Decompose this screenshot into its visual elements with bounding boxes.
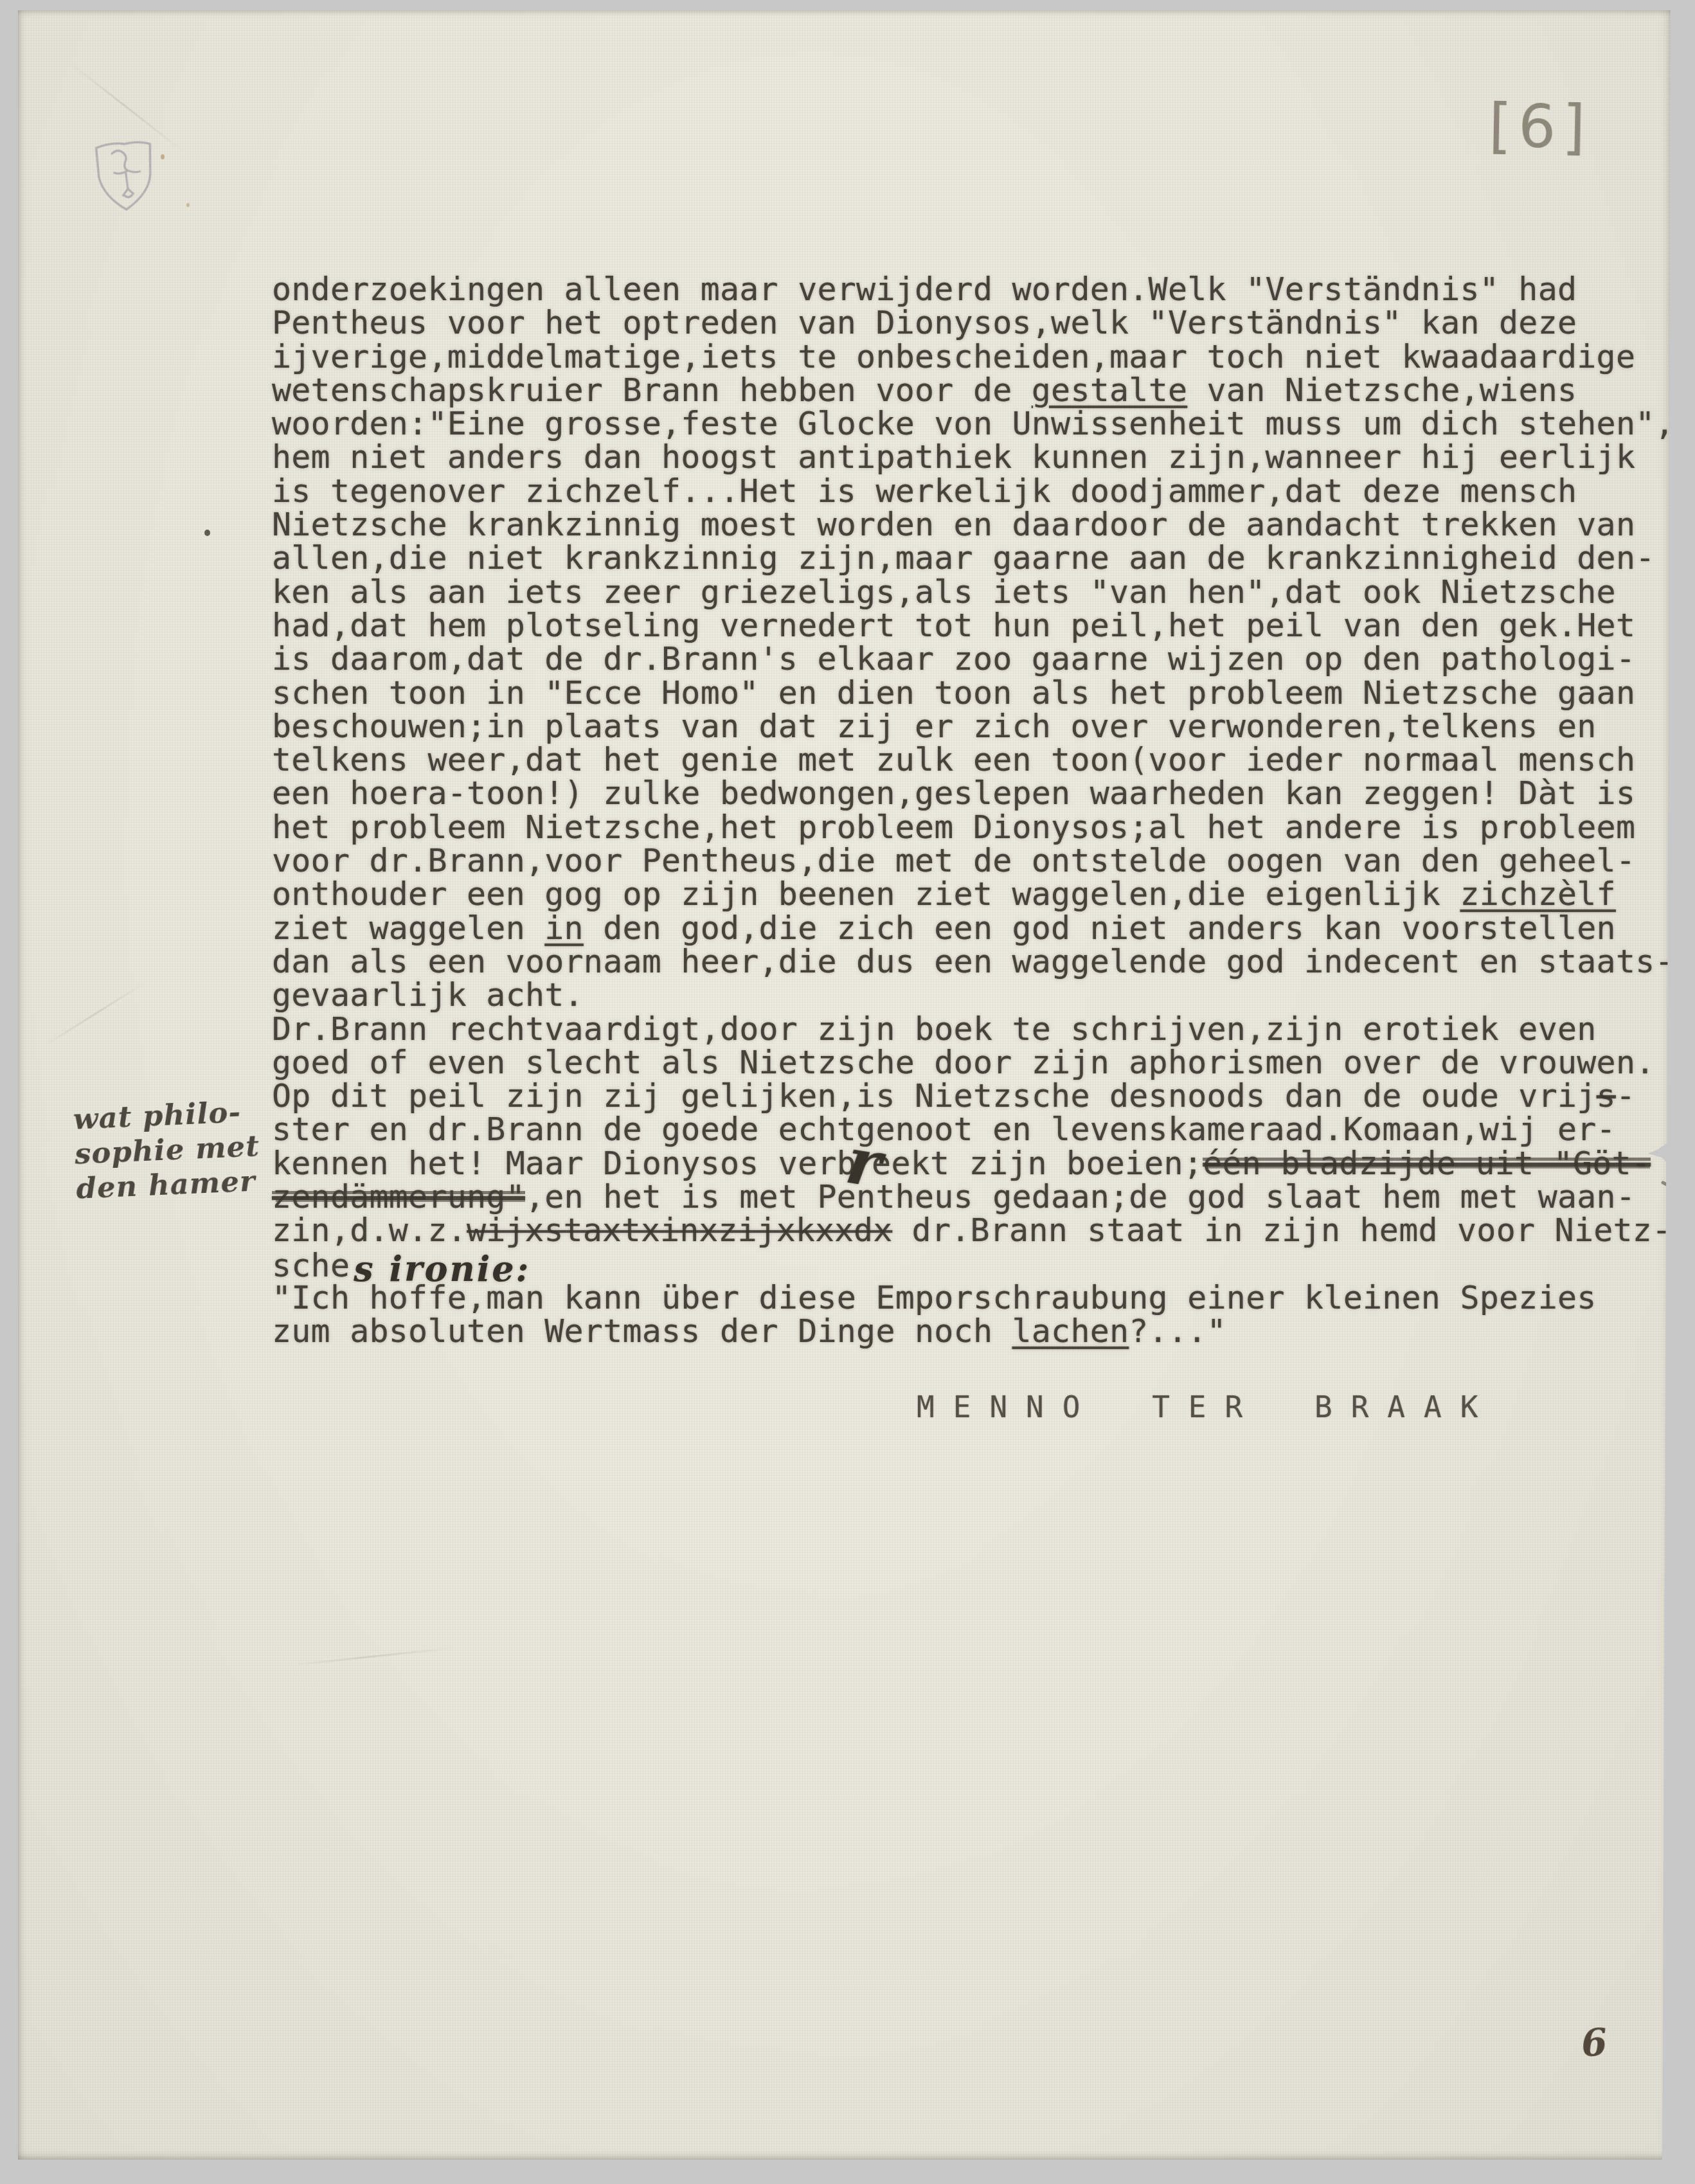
typed-line: hem niet anders dan hoogst antipathiek k… xyxy=(272,440,1674,474)
typed-line: zendämmerung",en het is met Pentheus ged… xyxy=(272,1180,1674,1213)
paper-crease xyxy=(46,983,145,1046)
struck-text: één bladzijde uit "Göt- xyxy=(1203,1145,1651,1182)
typed-text: wetenschapskruier Brann hebben voor de xyxy=(272,371,1032,409)
typed-text: onthouder een gog op zijn beenen ziet wa… xyxy=(272,875,1460,913)
typed-line: dan als een voornaam heer,die dus een wa… xyxy=(272,945,1674,978)
typed-text: woorden:"Eine grosse,feste Glocke von Un… xyxy=(272,405,1674,442)
typed-text: allen,die niet krankzinnig zijn,maar gaa… xyxy=(272,539,1655,577)
typed-line: is daarom,dat de dr.Brann's elkaar zoo g… xyxy=(272,642,1674,676)
typed-text: ziet waggelen xyxy=(272,909,544,947)
typed-line: kennen het! Maar Dionysos verbreekt zijn… xyxy=(272,1147,1674,1180)
typed-text: zichzèlf xyxy=(1460,875,1615,913)
struck-text: wijxstaxtxinxzijxkxxdx xyxy=(467,1212,892,1249)
typed-text: ,en het is met Pentheus gedaan;de god sl… xyxy=(525,1178,1635,1215)
typed-text: beschouwen;in plaats van dat zij er zich… xyxy=(272,708,1597,745)
typed-text: onderzoekingen alleen maar verwijderd wo… xyxy=(272,271,1577,308)
typed-text: Pentheus voor het optreden van Dionysos,… xyxy=(272,304,1577,341)
typed-text: Op dit peil zijn zij gelijken,is Nietzsc… xyxy=(272,1077,1597,1114)
ink-speck xyxy=(204,530,210,536)
typed-text: is tegenover zichzelf...Het is werkelijk… xyxy=(272,472,1577,510)
typed-line: zum absoluten Wertmass der Dinge noch la… xyxy=(272,1314,1674,1348)
typed-line: zin,d.w.z.wijxstaxtxinxzijxkxxdx dr.Bran… xyxy=(272,1213,1674,1247)
typed-text: eekt zijn boeien; xyxy=(872,1145,1203,1182)
typed-line: Dr.Brann rechtvaardigt,door zijn boek te… xyxy=(272,1012,1674,1046)
typed-text: den god,die zich een god niet anders kan… xyxy=(584,909,1616,947)
handwritten-insertion: s ironie: xyxy=(354,1248,530,1289)
typed-text: - xyxy=(1616,1077,1635,1114)
typed-text: ster en dr.Brann de goede echtgenoot en … xyxy=(272,1111,1616,1148)
typed-line: voor dr.Brann,voor Pentheus,die met de o… xyxy=(272,844,1674,877)
typed-line: had,dat hem plotseling vernedert tot hun… xyxy=(272,609,1674,642)
handwritten-correction: r xyxy=(847,1159,863,1162)
typed-text: een hoera-toon!) zulke bedwongen,geslepe… xyxy=(272,774,1635,812)
scanned-typescript-page: { "page": { "corner_annotation": "[6]", … xyxy=(0,0,1695,2184)
paper-crease xyxy=(289,1647,455,1666)
typed-text: van Nietzsche,wiens xyxy=(1187,371,1577,409)
page-number-bottom: 6 xyxy=(1580,2020,1609,2066)
typed-text: Dr.Brann rechtvaardigt,door zijn boek te… xyxy=(272,1010,1597,1048)
typed-text: ken als aan iets zeer griezeligs,als iet… xyxy=(272,573,1616,611)
typed-text: dr.Brann staat in zijn hemd voor Nietz- xyxy=(892,1212,1671,1249)
typed-text: zum absoluten Wertmass der Dinge noch xyxy=(272,1312,1012,1350)
typed-text: hem niet anders dan hoogst antipathiek k… xyxy=(272,438,1635,476)
typed-line: ken als aan iets zeer griezeligs,als iet… xyxy=(272,575,1674,609)
typed-line: ster en dr.Brann de goede echtgenoot en … xyxy=(272,1113,1674,1146)
typed-text: sche xyxy=(272,1247,350,1284)
typed-text: kennen het! Maar Dionysos verb xyxy=(272,1145,856,1182)
typed-text: in xyxy=(544,909,584,947)
typed-text: dan als een voornaam heer,die dus een wa… xyxy=(272,943,1674,980)
struck-text: zendämmerung" xyxy=(272,1178,525,1215)
author-signature: MENNO TER BRAAK xyxy=(917,1390,1496,1424)
typed-line: telkens weer,dat het genie met zulk een … xyxy=(272,743,1674,776)
typed-line: onderzoekingen alleen maar verwijderd wo… xyxy=(272,273,1674,306)
typed-line: onthouder een gog op zijn beenen ziet wa… xyxy=(272,877,1674,911)
typed-text: telkens weer,dat het genie met zulk een … xyxy=(272,741,1635,778)
typed-line: goed of even slecht als Nietzsche door z… xyxy=(272,1046,1674,1079)
struck-text: s xyxy=(1597,1077,1616,1114)
typed-text: ?..." xyxy=(1129,1312,1226,1350)
paper-stain xyxy=(161,154,165,159)
typed-line: Nietzsche krankzinnig moest worden en da… xyxy=(272,508,1674,541)
typed-line: Pentheus voor het optreden van Dionysos,… xyxy=(272,306,1674,339)
typed-line: is tegenover zichzelf...Het is werkelijk… xyxy=(272,474,1674,508)
typed-text: zin,d.w.z. xyxy=(272,1212,467,1249)
typed-line: sches ironie: xyxy=(272,1248,1674,1281)
typed-text: schen toon in "Ecce Homo" en dien toon a… xyxy=(272,674,1635,712)
typed-line: wetenschapskruier Brann hebben voor de g… xyxy=(272,373,1674,407)
typed-text: gevaarlijk acht. xyxy=(272,976,584,1014)
typed-line: Op dit peil zijn zij gelijken,is Nietzsc… xyxy=(272,1079,1674,1113)
typed-text: het probleem Nietzsche,het probleem Dion… xyxy=(272,809,1635,846)
typed-text: ijverige,middelmatige,iets te onbescheid… xyxy=(272,338,1635,375)
typed-line: schen toon in "Ecce Homo" en dien toon a… xyxy=(272,676,1674,710)
typed-line: het probleem Nietzsche,het probleem Dion… xyxy=(272,810,1674,844)
typed-line: gevaarlijk acht. xyxy=(272,978,1674,1012)
document-page: [6] onderzoekingen alleen maar verwijder… xyxy=(18,10,1671,2160)
typed-text: gestalte xyxy=(1032,371,1187,409)
typed-text: Nietzsche krankzinnig moest worden en da… xyxy=(272,506,1635,543)
typed-text: voor dr.Brann,voor Pentheus,die met de o… xyxy=(272,842,1635,879)
typed-text: had,dat hem plotseling vernedert tot hun… xyxy=(272,607,1635,644)
typed-text: is daarom,dat de dr.Brann's elkaar zoo g… xyxy=(272,640,1635,677)
paper-stain xyxy=(186,203,190,207)
typed-line: woorden:"Eine grosse,feste Glocke von Un… xyxy=(272,407,1674,440)
page-number-annotation: [6] xyxy=(1488,92,1592,163)
typed-line: beschouwen;in plaats van dat zij er zich… xyxy=(272,710,1674,743)
margin-annotation: wat philo- sophie met den hamer xyxy=(73,1093,276,1206)
typed-line: ziet waggelen in den god,die zich een go… xyxy=(272,911,1674,945)
typed-line: ijverige,middelmatige,iets te onbescheid… xyxy=(272,340,1674,373)
typed-line: een hoera-toon!) zulke bedwongen,geslepe… xyxy=(272,776,1674,810)
typescript-body: onderzoekingen alleen maar verwijderd wo… xyxy=(272,273,1674,1348)
bird-shield-watermark-icon xyxy=(92,138,157,218)
typed-text: goed of even slecht als Nietzsche door z… xyxy=(272,1044,1655,1081)
typed-line: allen,die niet krankzinnig zijn,maar gaa… xyxy=(272,541,1674,575)
typed-text: lachen xyxy=(1012,1312,1129,1350)
